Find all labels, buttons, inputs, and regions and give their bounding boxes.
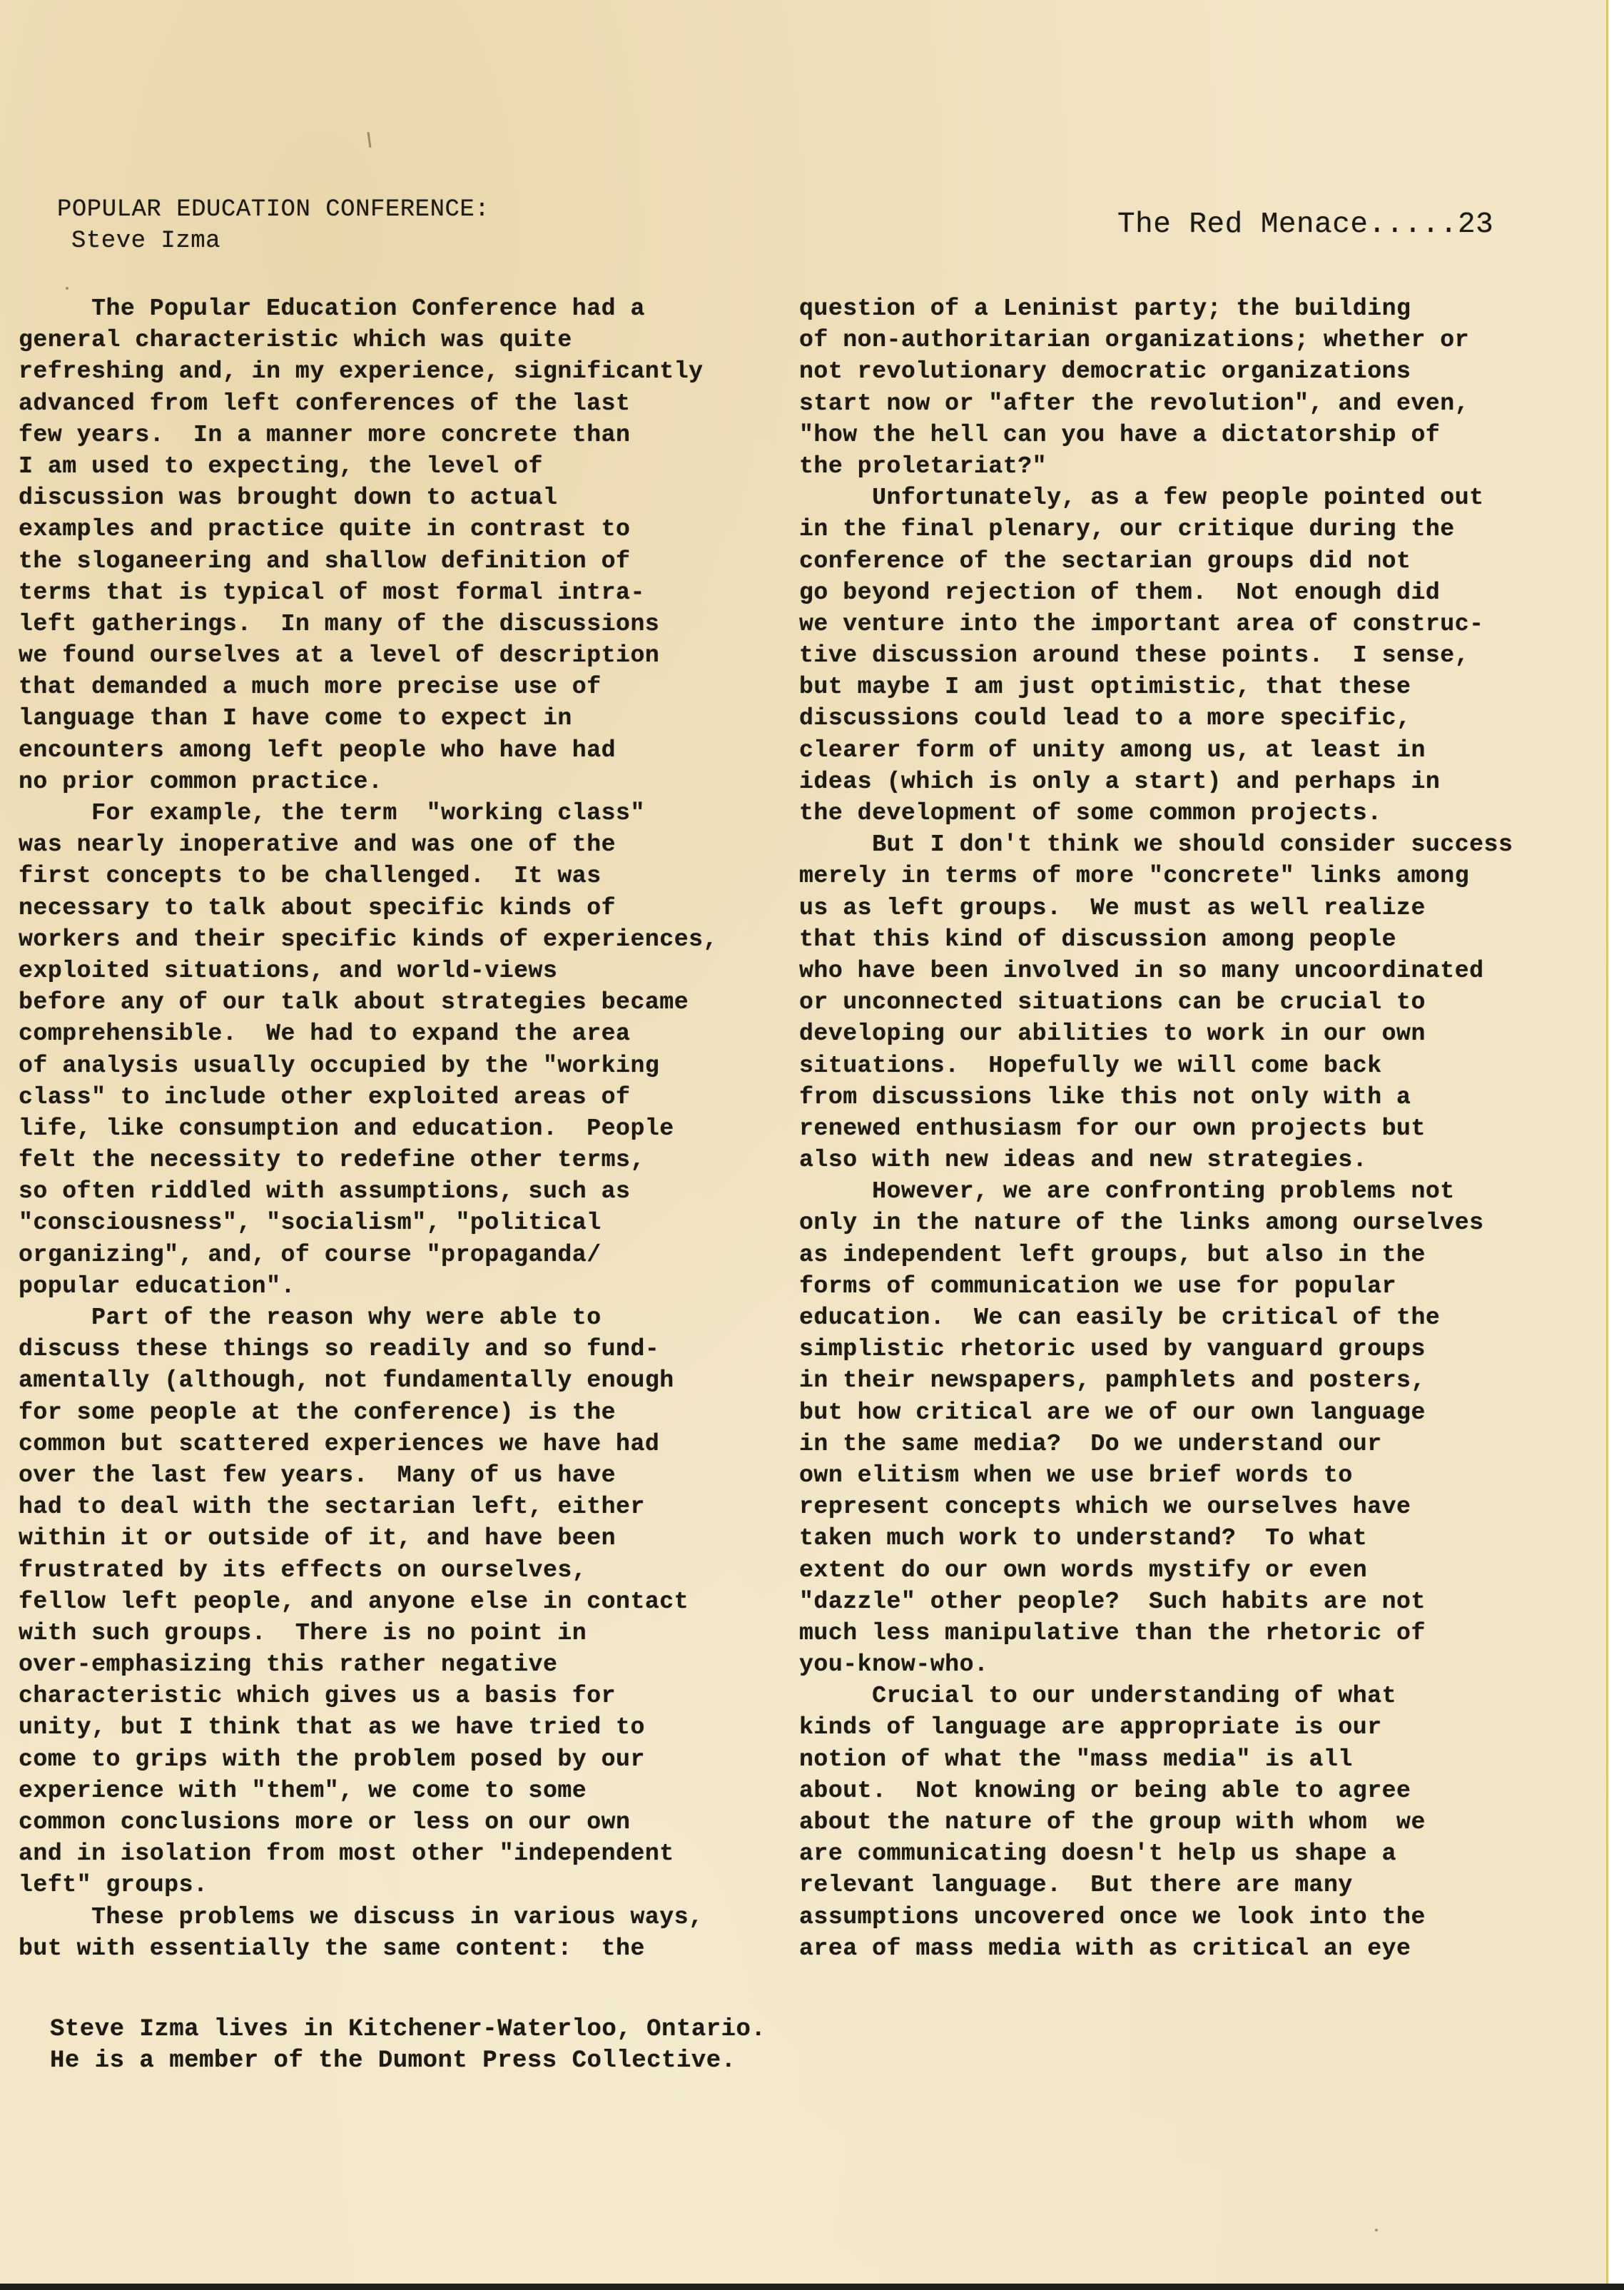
text-line: come to grips with the problem posed by … [19, 1743, 789, 1775]
text-line: refreshing and, in my experience, signif… [19, 355, 789, 387]
text-line: "dazzle" other people? Such habits are n… [799, 1586, 1598, 1617]
text-line: education. We can easily be critical of … [799, 1302, 1598, 1333]
text-line: experience with "them", we come to some [19, 1775, 789, 1806]
running-head-page-number: The Red Menace.....23 [1117, 207, 1493, 243]
text-line: left" groups. [19, 1869, 789, 1900]
text-line: as independent left groups, but also in … [799, 1239, 1598, 1270]
text-line: about the nature of the group with whom … [799, 1806, 1598, 1838]
text-line: But I don't think we should consider suc… [799, 829, 1598, 860]
paper-speck [1375, 2229, 1378, 2231]
text-line: was nearly inoperative and was one of th… [19, 829, 789, 860]
text-line: we venture into the important area of co… [799, 608, 1598, 639]
text-line: before any of our talk about strategies … [19, 986, 789, 1018]
text-line: common but scattered experiences we have… [19, 1428, 789, 1459]
text-line: go beyond rejection of them. Not enough … [799, 577, 1598, 608]
page-bottom-edge [0, 2284, 1624, 2290]
text-line: terms that is typical of most formal int… [19, 577, 789, 608]
text-line: merely in terms of more "concrete" links… [799, 860, 1598, 891]
author-byline: Steve Izma [71, 226, 220, 257]
text-line: "consciousness", "socialism", "political [19, 1207, 789, 1238]
text-line: Crucial to our understanding of what [799, 1680, 1598, 1711]
text-line: of non-authoritarian organizations; whet… [799, 324, 1598, 355]
text-line: within it or outside of it, and have bee… [19, 1522, 789, 1554]
text-line: and in isolation from most other "indepe… [19, 1838, 789, 1869]
text-line: also with new ideas and new strategies. [799, 1144, 1598, 1175]
text-line: simplistic rhetoric used by vanguard gro… [799, 1333, 1598, 1364]
author-note-line: Steve Izma lives in Kitchener-Waterloo, … [50, 2014, 766, 2045]
text-line: but maybe I am just optimistic, that the… [799, 671, 1598, 702]
text-line: However, we are confronting problems not [799, 1175, 1598, 1207]
text-line: relevant language. But there are many [799, 1869, 1598, 1900]
text-line: the sloganeering and shallow definition … [19, 545, 789, 577]
text-line: frustrated by its effects on ourselves, [19, 1554, 789, 1586]
right-column: question of a Leninist party; the buildi… [799, 293, 1598, 1964]
text-line: start now or "after the revolution", and… [799, 387, 1598, 419]
text-line: fellow left people, and anyone else in c… [19, 1586, 789, 1617]
text-line: are communicating doesn't help us shape … [799, 1838, 1598, 1869]
text-line: we found ourselves at a level of descrip… [19, 639, 789, 671]
text-line: developing our abilities to work in our … [799, 1018, 1598, 1049]
text-line: extent do our own words mystify or even [799, 1554, 1598, 1586]
text-line: workers and their specific kinds of expe… [19, 923, 789, 955]
text-line: discussion was brought down to actual [19, 482, 789, 513]
text-line: in the final plenary, our critique durin… [799, 513, 1598, 544]
text-line: renewed enthusiasm for our own projects … [799, 1113, 1598, 1144]
text-line: organizing", and, of course "propaganda/ [19, 1239, 789, 1270]
text-line: These problems we discuss in various way… [19, 1901, 789, 1932]
text-line: that demanded a much more precise use of [19, 671, 789, 702]
text-line: the proletariat?" [799, 450, 1598, 482]
text-line: felt the necessity to redefine other ter… [19, 1144, 789, 1175]
text-line: popular education". [19, 1270, 789, 1302]
text-line: area of mass media with as critical an e… [799, 1932, 1598, 1964]
text-line: about. Not knowing or being able to agre… [799, 1775, 1598, 1806]
typewritten-page: POPULAR EDUCATION CONFERENCE: Steve Izma… [0, 0, 1608, 2284]
text-line: tive discussion around these points. I s… [799, 639, 1598, 671]
text-line: notion of what the "mass media" is all [799, 1743, 1598, 1775]
text-line: "how the hell can you have a dictatorshi… [799, 419, 1598, 450]
text-line: that this kind of discussion among peopl… [799, 923, 1598, 955]
text-line: but how critical are we of our own langu… [799, 1397, 1598, 1428]
text-line: so often riddled with assumptions, such … [19, 1175, 789, 1207]
text-line: forms of communication we use for popula… [799, 1270, 1598, 1302]
text-line: you-know-who. [799, 1648, 1598, 1680]
text-line: or unconnected situations can be crucial… [799, 986, 1598, 1018]
text-line: much less manipulative than the rhetoric… [799, 1617, 1598, 1648]
text-line: exploited situations, and world-views [19, 955, 789, 986]
text-line: only in the nature of the links among ou… [799, 1207, 1598, 1238]
text-line: Part of the reason why were able to [19, 1302, 789, 1333]
text-line: unity, but I think that as we have tried… [19, 1711, 789, 1743]
text-line: for some people at the conference) is th… [19, 1397, 789, 1428]
text-line: situations. Hopefully we will come back [799, 1050, 1598, 1081]
text-line: over-emphasizing this rather negative [19, 1648, 789, 1680]
text-line: in their newspapers, pamphlets and poste… [799, 1364, 1598, 1396]
text-line: clearer form of unity among us, at least… [799, 734, 1598, 766]
text-line: For example, the term "working class" [19, 797, 789, 829]
author-note-line: He is a member of the Dumont Press Colle… [50, 2045, 766, 2077]
text-line: amentally (although, not fundamentally e… [19, 1364, 789, 1396]
text-line: Unfortunately, as a few people pointed o… [799, 482, 1598, 513]
text-line: kinds of language are appropriate is our [799, 1711, 1598, 1743]
text-line: the development of some common projects. [799, 797, 1598, 829]
text-line: taken much work to understand? To what [799, 1522, 1598, 1554]
text-line: had to deal with the sectarian left, eit… [19, 1491, 789, 1522]
text-line: not revolutionary democratic organizatio… [799, 355, 1598, 387]
text-line: who have been involved in so many uncoor… [799, 955, 1598, 986]
text-line: of analysis usually occupied by the "wor… [19, 1050, 789, 1081]
text-line: discussions could lead to a more specifi… [799, 702, 1598, 734]
text-line: few years. In a manner more concrete tha… [19, 419, 789, 450]
paper-speck [66, 287, 68, 290]
left-column: The Popular Education Conference had age… [19, 293, 789, 1964]
text-line: represent concepts which we ourselves ha… [799, 1491, 1598, 1522]
text-line: encounters among left people who have ha… [19, 734, 789, 766]
text-line: question of a Leninist party; the buildi… [799, 293, 1598, 324]
text-line: class" to include other exploited areas … [19, 1081, 789, 1113]
text-line: in the same media? Do we understand our [799, 1428, 1598, 1459]
text-line: no prior common practice. [19, 766, 789, 797]
text-line: The Popular Education Conference had a [19, 293, 789, 324]
text-line: ideas (which is only a start) and perhap… [799, 766, 1598, 797]
text-line: language than I have come to expect in [19, 702, 789, 734]
text-line: I am used to expecting, the level of [19, 450, 789, 482]
text-line: necessary to talk about specific kinds o… [19, 892, 789, 923]
text-line: own elitism when we use brief words to [799, 1459, 1598, 1491]
text-line: comprehensible. We had to expand the are… [19, 1018, 789, 1049]
text-line: general characteristic which was quite [19, 324, 789, 355]
text-line: left gatherings. In many of the discussi… [19, 608, 789, 639]
text-line: discuss these things so readily and so f… [19, 1333, 789, 1364]
paper-speck [367, 132, 371, 148]
text-line: advanced from left conferences of the la… [19, 387, 789, 419]
text-line: assumptions uncovered once we look into … [799, 1901, 1598, 1932]
text-line: characteristic which gives us a basis fo… [19, 1680, 789, 1711]
text-line: over the last few years. Many of us have [19, 1459, 789, 1491]
text-line: examples and practice quite in contrast … [19, 513, 789, 544]
text-line: first concepts to be challenged. It was [19, 860, 789, 891]
text-line: us as left groups. We must as well reali… [799, 892, 1598, 923]
text-line: common conclusions more or less on our o… [19, 1806, 789, 1838]
author-note: Steve Izma lives in Kitchener-Waterloo, … [50, 2014, 766, 2077]
text-line: with such groups. There is no point in [19, 1617, 789, 1648]
text-line: from discussions like this not only with… [799, 1081, 1598, 1113]
text-line: conference of the sectarian groups did n… [799, 545, 1598, 577]
article-title: POPULAR EDUCATION CONFERENCE: [57, 194, 489, 226]
text-line: life, like consumption and education. Pe… [19, 1113, 789, 1144]
text-line: but with essentially the same content: t… [19, 1932, 789, 1964]
